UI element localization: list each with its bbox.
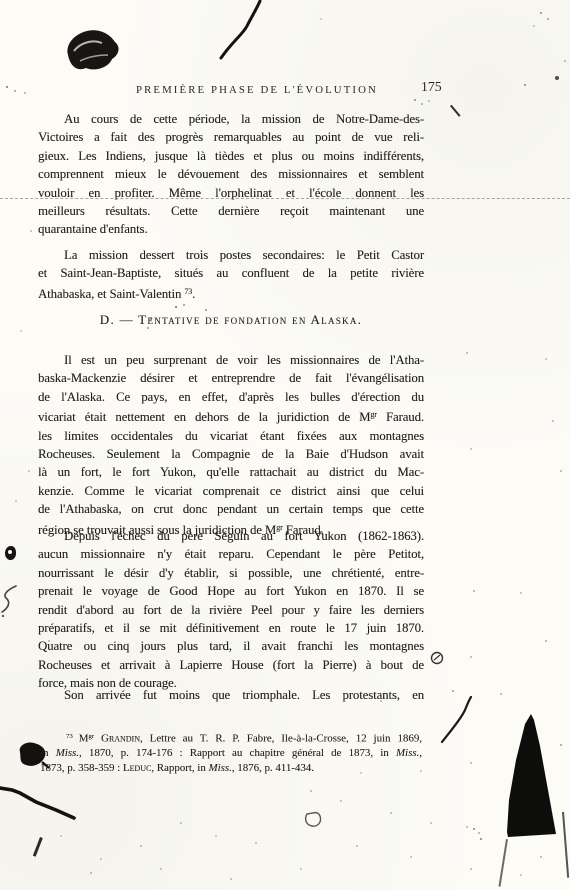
- footnote: 73 Mgr Grandin, Lettre au T. R. P. Fabre…: [40, 730, 422, 775]
- page-number: 175: [421, 79, 442, 95]
- text-line: prenait le voyage de Good Hope au fort Y…: [38, 582, 424, 600]
- paragraph: Depuis l'échec du père Séguin au fort Yu…: [38, 527, 424, 693]
- text-segment: 1873, p. 358-359 :: [40, 762, 123, 774]
- scan-noise-speckles: [0, 0, 2, 2]
- margin-ink-mark: [5, 546, 16, 560]
- text-segment: Athabaska, et Saint-Valentin: [38, 287, 184, 301]
- text-segment: [94, 732, 101, 744]
- footnote-pen-curve: [437, 696, 477, 744]
- pen-nib-shadow: [498, 710, 562, 840]
- text-line: vouloir en profiter. Même l'orphelinat e…: [38, 184, 424, 202]
- text-segment: , 1876, p. 411-434.: [232, 762, 314, 774]
- text-line: de l'Alaska. Ce pays, en effet, d'après …: [38, 388, 424, 406]
- paragraph: Il est un peu surprenant de voir les mis…: [38, 351, 424, 539]
- text-segment: 73: [66, 733, 79, 740]
- text-line: de l'Athabaska, on crut donc pendant un …: [38, 500, 424, 518]
- text-line: Victoires a fait des progrès remarquable…: [38, 128, 424, 146]
- text-line: préparatifs, et il se mit définitivement…: [38, 619, 424, 637]
- text-segment: ,: [419, 747, 422, 759]
- text-line: comprennent mieux le dévouement des miss…: [38, 165, 424, 183]
- text-line: Depuis l'échec du père Séguin au fort Yu…: [38, 527, 424, 545]
- text-line: Son arrivée fut moins que triomphale. Le…: [38, 686, 424, 704]
- text-line: et Saint-Jean-Baptiste, situés au conflu…: [38, 264, 424, 282]
- text-segment: , Rapport, in: [151, 762, 208, 774]
- text-line: gieux. Les Indiens, jusque là tièdes et …: [38, 147, 424, 165]
- footnote-line: 1873, p. 358-359 : Leduc, Rapport, in Mi…: [40, 761, 422, 776]
- pen-nib-left-edge-line: [498, 839, 507, 887]
- text-segment: M: [79, 732, 89, 744]
- small-circle-artifact: [429, 650, 445, 666]
- text-segment: Miss.: [396, 747, 419, 759]
- pen-tick-artifact: [450, 105, 461, 117]
- pen-nib-right-edge-line: [562, 812, 569, 878]
- footnote-line: in Miss., 1870, p. 174-176 : Rapport au …: [40, 746, 422, 761]
- text-line: rendit d'abord au fort de la rivière Pee…: [38, 601, 424, 619]
- text-line: meilleurs résultats. Cette dernière reço…: [38, 202, 424, 220]
- text-segment: vicariat était nettement en dehors de la…: [38, 410, 370, 424]
- text-segment: .: [192, 287, 195, 301]
- paragraph: Son arrivée fut moins que triomphale. Le…: [38, 686, 424, 704]
- text-segment: , 1870, p. 174-176 : Rapport au chapitre…: [79, 747, 396, 759]
- text-segment: Miss.: [209, 762, 232, 774]
- text-line: La mission dessert trois postes secondai…: [38, 246, 424, 264]
- text-line: nourrissant le désir d'y établir, si pos…: [38, 564, 424, 582]
- text-segment: 73: [184, 287, 192, 296]
- text-line: aucun missionnaire n'y était reparu. Cep…: [38, 545, 424, 563]
- text-line: kenzie. Comme le vicariat comprenait ce …: [38, 482, 424, 500]
- paragraph: La mission dessert trois postes secondai…: [38, 246, 424, 303]
- text-line: Quatre ou cinq jours plus tard, il avait…: [38, 637, 424, 655]
- text-line: les limites occidentales du vicariat éta…: [38, 427, 424, 445]
- text-line: Athabaska, et Saint-Valentin 73.: [38, 283, 424, 303]
- text-line: quarantaine d'enfants.: [38, 220, 424, 238]
- margin-squiggle-artifact: [0, 584, 24, 618]
- text-line: là un fort, le fort Yukon, qu'elle ratta…: [38, 463, 424, 481]
- text-segment: Grandin: [101, 732, 140, 744]
- text-line: Rocheuses et arrivait à Lapierre House (…: [38, 656, 424, 674]
- scanned-book-page: PREMIÈRE PHASE DE L'ÉVOLUTION 175 D. — T…: [0, 0, 570, 890]
- text-line: Rocheuses. Seulement la Compagnie de la …: [38, 445, 424, 463]
- text-line: Au cours de cette période, la mission de…: [38, 110, 424, 128]
- text-segment: Faraud.: [377, 410, 424, 424]
- text-line: baska-Mackenzie désirer et entreprendre …: [38, 369, 424, 387]
- text-segment: Miss.: [56, 747, 79, 759]
- paragraph: Au cours de cette période, la mission de…: [38, 110, 424, 239]
- text-segment: Leduc: [123, 762, 151, 774]
- text-segment: in: [40, 747, 56, 759]
- footnote-line: 73 Mgr Grandin, Lettre au T. R. P. Fabre…: [40, 730, 422, 746]
- text-line: vicariat était nettement en dehors de la…: [38, 406, 424, 426]
- text-line: Il est un peu surprenant de voir les mis…: [38, 351, 424, 369]
- text-segment: , Lettre au T. R. P. Fabre, Ile-à-la-Cro…: [140, 732, 422, 744]
